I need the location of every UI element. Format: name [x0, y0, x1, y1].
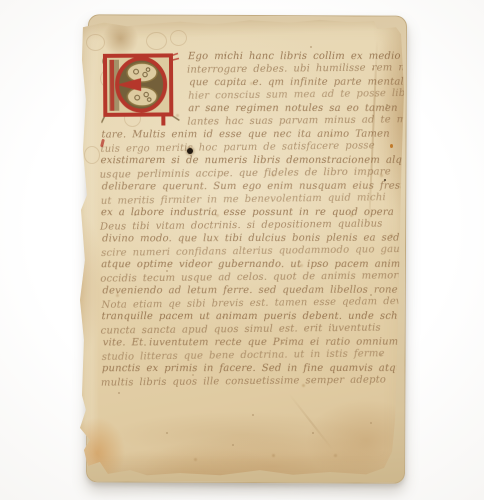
foxing-specks [74, 18, 76, 20]
pigment-speck [390, 144, 393, 148]
wormhole [187, 148, 193, 154]
foxing-specks [74, 18, 77, 21]
manuscript-text-line: multis libris quos ille consuetissime se… [97, 373, 393, 389]
manuscript-text-block: D Ego mi [95, 49, 393, 403]
ink-ghost-ring [170, 30, 187, 46]
manuscript-page: D Ego mi [74, 18, 406, 478]
photo-backdrop: D Ego mi [0, 0, 484, 500]
ink-ghost-ring [146, 32, 167, 50]
crease-line [288, 393, 334, 451]
ink-ghost-ring [86, 34, 105, 51]
dark-speck [384, 179, 386, 181]
